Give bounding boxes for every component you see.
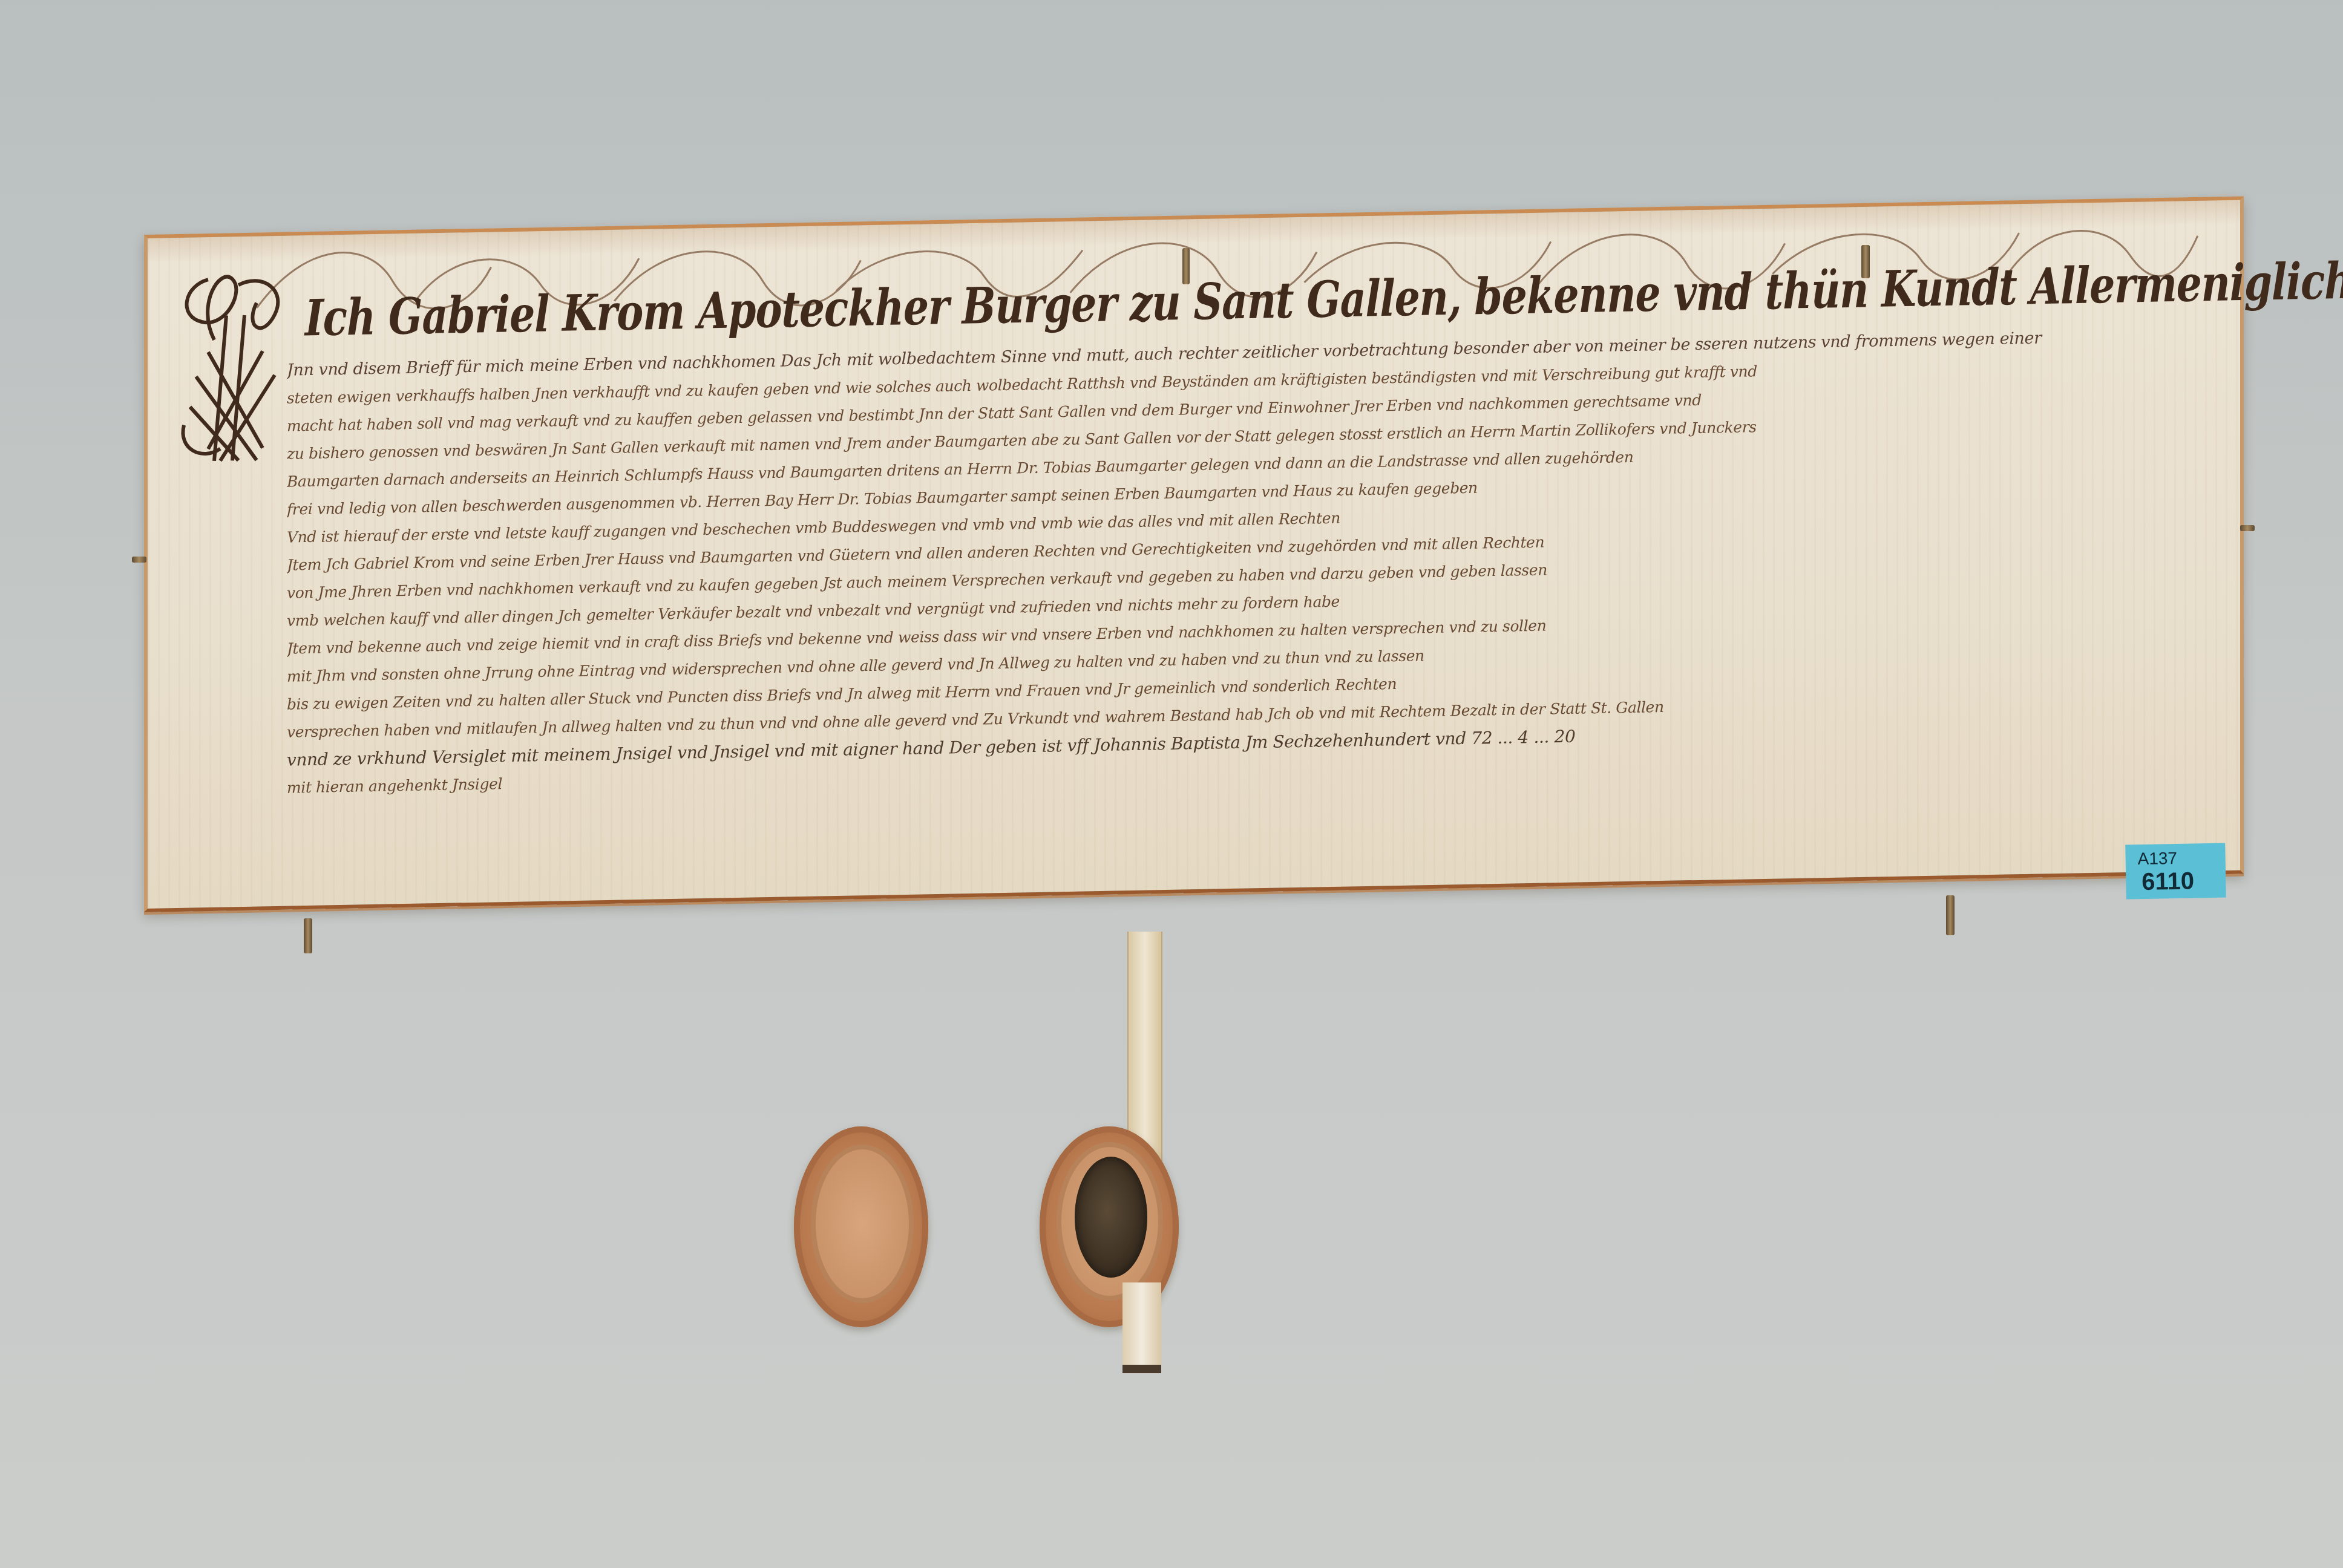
- bottom-clip: [1946, 895, 1955, 935]
- top-clip: [1182, 248, 1190, 284]
- top-clip: [1861, 245, 1870, 278]
- label-number: 6110: [2141, 867, 2195, 896]
- capsule-lid-inner: [811, 1145, 914, 1303]
- photo-scene: Ich Gabriel Krom Apoteckher Burger zu Sa…: [0, 0, 2343, 1568]
- decorated-initial-letter: [172, 266, 299, 468]
- side-clip-left: [132, 557, 146, 563]
- label-code: A137: [2137, 849, 2177, 869]
- initial-flourish-icon: [172, 266, 299, 468]
- seal-capsule-lid: [794, 1126, 928, 1327]
- parchment-charter: Ich Gabriel Krom Apoteckher Burger zu Sa…: [144, 196, 2244, 912]
- inventory-label: A137 6110: [2125, 843, 2226, 900]
- charter-body-text: Jnn vnd disem Brieff für mich meine Erbe…: [287, 321, 2213, 802]
- wax-seal: [1075, 1157, 1147, 1278]
- bottom-clip: [304, 918, 312, 953]
- seal-strip-tail: [1122, 1282, 1161, 1373]
- side-clip-right: [2240, 525, 2255, 531]
